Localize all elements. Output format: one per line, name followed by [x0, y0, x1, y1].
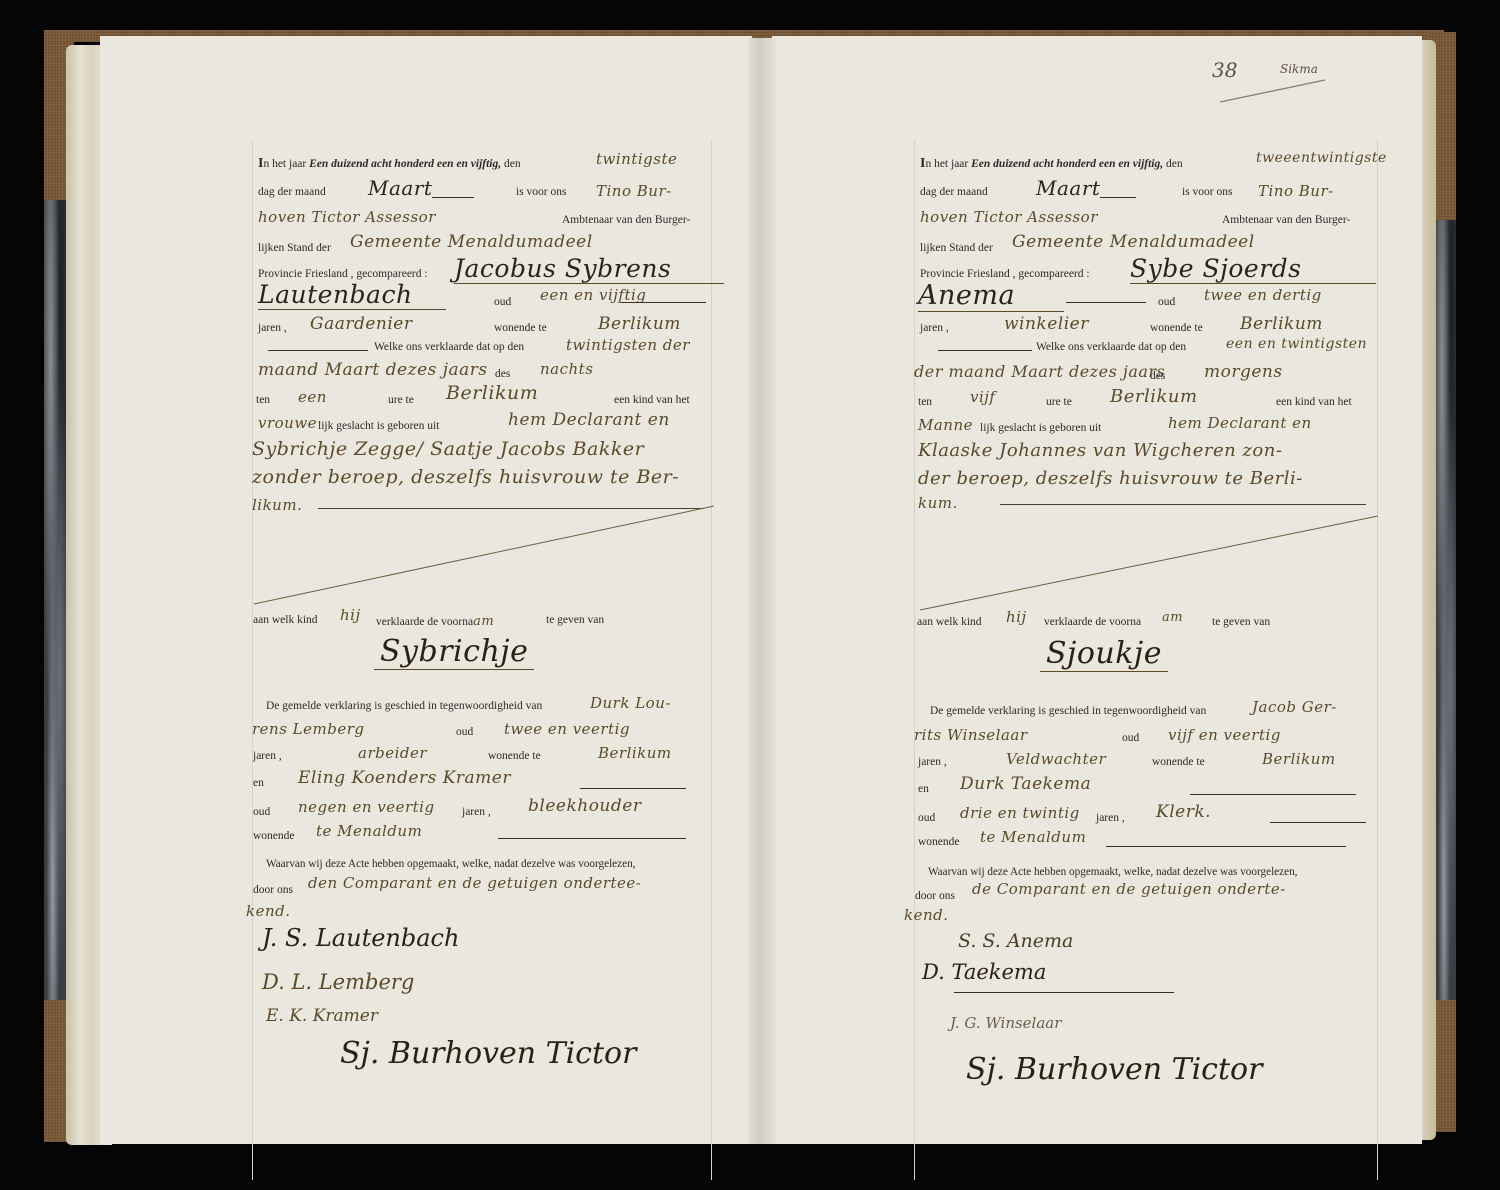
printed-text: des: [1150, 370, 1165, 382]
handwritten-witness1-age: vijf en veertig: [1168, 726, 1281, 744]
blank-line: [1066, 302, 1146, 303]
printed-text: lijken Stand der: [258, 242, 331, 254]
printed-text: een kind van het: [614, 394, 690, 406]
handwritten-day: tweeentwintigste: [1256, 150, 1387, 166]
handwritten-suffix: am: [1162, 610, 1183, 625]
marble-board-right: [1436, 220, 1456, 1000]
handwritten-witness2-residence: te Menaldum: [316, 822, 422, 840]
printed-text: jaren ,: [1096, 812, 1125, 824]
printed-text: wonende: [253, 830, 295, 842]
printed-year: Een duizend acht honderd een en vijftig,: [309, 158, 501, 170]
cancel-diagonal: [250, 498, 720, 608]
signature-witness2: E. K. Kramer: [266, 1006, 378, 1026]
handwritten-occupation: Gaardenier: [310, 314, 413, 334]
signature-official: Sj. Burhoven Tictor: [966, 1052, 1262, 1087]
printed-text: ure te: [388, 394, 414, 406]
handwritten-age: twee en dertig: [1204, 286, 1322, 304]
handwritten-municipality: Gemeente Menaldumadeel: [350, 232, 593, 252]
printed-text: lijken Stand der: [920, 242, 993, 254]
handwritten-sex: vrouwe: [258, 414, 317, 432]
handwritten-official-cont: hoven Tictor Assessor: [920, 208, 1098, 226]
printed-text: ure te: [1046, 396, 1072, 408]
blank-line: [268, 350, 368, 351]
printed-text: door ons: [915, 890, 955, 902]
printed-text: en: [918, 783, 929, 795]
printed-text: jaren ,: [920, 322, 949, 334]
handwritten-parent: hem Declarant en: [508, 410, 670, 430]
handwritten-birth-place: Berlikum: [446, 382, 538, 404]
printed-text: oud: [253, 806, 270, 818]
printed-text: en: [253, 777, 264, 789]
handwritten-parent: hem Declarant en: [1168, 414, 1312, 432]
handwritten-sex: Manne: [918, 416, 973, 434]
printed-text: lijk geslacht is geboren uit: [318, 420, 439, 432]
printed-text: den: [504, 158, 521, 170]
handwritten-declarant-given: Jacobus Sybrens: [454, 254, 724, 284]
printed-text: wonende te: [488, 750, 541, 762]
handwritten-signed-by-cont: kend.: [904, 906, 949, 924]
printed-year: Een duizend acht honderd een en vijftig,: [971, 158, 1163, 170]
handwritten-official: Tino Bur-: [1258, 182, 1334, 200]
book-gutter: [748, 38, 776, 1144]
handwritten-witness2-residence: te Menaldum: [980, 828, 1086, 846]
handwritten-hour: een: [298, 388, 327, 406]
handwritten-witness1-residence: Berlikum: [1262, 750, 1336, 768]
printed-text: wonende te: [494, 322, 547, 334]
signature-witness1: D. L. Lemberg: [262, 970, 414, 994]
handwritten-birth-month: der maand Maart dezes jaars: [914, 362, 1165, 381]
handwritten-witness2-name: Eling Koenders Kramer: [298, 768, 511, 788]
printed-text: jaren ,: [918, 756, 947, 768]
blank-line: [620, 302, 706, 303]
printed-text: aan welk kind: [917, 616, 982, 628]
printed-text: een kind van het: [1276, 396, 1352, 408]
printed-text: verklaarde de voorna: [376, 616, 473, 628]
printed-text: Waarvan wij deze Acte hebben opgemaakt, …: [266, 858, 635, 870]
printed-text: Provincie Friesland , gecompareerd :: [258, 268, 428, 280]
printed-text: is voor ons: [1182, 186, 1232, 198]
printed-text: oud: [494, 296, 511, 308]
handwritten-time-of-day: nachts: [540, 360, 593, 378]
folio-stroke: [1220, 78, 1340, 108]
handwritten-suffix: am: [473, 614, 494, 629]
blank-line: [432, 197, 474, 198]
printed-text: n het jaar: [263, 158, 306, 170]
printed-text: lijk geslacht is geboren uit: [980, 422, 1101, 434]
handwritten-municipality: Gemeente Menaldumadeel: [1012, 232, 1255, 252]
printed-text: wonende te: [1150, 322, 1203, 334]
child-name: Sybrichje: [374, 634, 534, 670]
handwritten-residence: Berlikum: [598, 314, 681, 334]
printed-text: jaren ,: [462, 806, 491, 818]
printed-text: door ons: [253, 884, 293, 896]
handwritten-signed-by: den Comparant en de getuigen ondertee-: [308, 874, 641, 892]
signature-witness2: D. Taekema: [922, 960, 1046, 984]
printed-text: den: [1166, 158, 1183, 170]
signature-witness1: J. G. Winselaar: [950, 1014, 1061, 1032]
printed-text: wonende te: [1152, 756, 1205, 768]
printed-text: Welke ons verklaarde dat op den: [1036, 341, 1186, 353]
handwritten-witness2-age: negen en veertig: [298, 798, 435, 816]
handwritten-month: Maart: [368, 176, 432, 200]
handwritten-pronoun: hij: [1006, 608, 1027, 626]
handwritten-birth-month: maand Maart dezes jaars: [258, 360, 488, 380]
signature-official: Sj. Burhoven Tictor: [340, 1036, 636, 1071]
blank-line: [938, 350, 1032, 351]
handwritten-mother: Sybrichje Zegge/ Saatje Jacobs Bakker: [252, 438, 644, 460]
handwritten-witness1-occupation: Veldwachter: [1006, 750, 1106, 768]
printed-text: oud: [1122, 732, 1139, 744]
handwritten-residence: Berlikum: [1240, 314, 1323, 334]
printed-text: jaren ,: [258, 322, 287, 334]
handwritten-witness1-name: rens Lemberg: [252, 720, 365, 738]
blank-line: [498, 838, 686, 839]
printed-text: is voor ons: [516, 186, 566, 198]
printed-text: oud: [918, 812, 935, 824]
handwritten-mother-cont: zonder beroep, deszelfs huisvrouw te Ber…: [252, 466, 679, 488]
marble-board-left: [44, 200, 66, 1000]
cancel-diagonal: [914, 504, 1384, 614]
handwritten-witness2-occupation: bleekhouder: [528, 796, 641, 816]
signature-declarant: S. S. Anema: [958, 930, 1073, 952]
printed-text: Ambtenaar van den Burger-: [1222, 214, 1350, 226]
handwritten-day: twintigste: [596, 150, 677, 168]
printed-text: oud: [1158, 296, 1175, 308]
printed-text: te geven van: [1212, 616, 1270, 628]
handwritten-witness1-name: rits Winselaar: [914, 726, 1028, 744]
printed-text: De gemelde verklaring is geschied in teg…: [266, 700, 542, 712]
blank-line: [580, 788, 686, 789]
handwritten-time-of-day: morgens: [1204, 362, 1283, 382]
printed-text: Waarvan wij deze Acte hebben opgemaakt, …: [928, 866, 1297, 878]
handwritten-birth-date: een en twintigsten: [1226, 336, 1367, 352]
handwritten-witness2-name: Durk Taekema: [960, 774, 1091, 794]
blank-line: [1100, 197, 1136, 198]
folio-annotation: Sikma: [1280, 62, 1318, 76]
printed-text: n het jaar: [925, 158, 968, 170]
handwritten-pronoun: hij: [340, 606, 361, 624]
blank-line: [1190, 794, 1356, 795]
handwritten-signed-by-cont: kend.: [246, 902, 291, 920]
child-name: Sjoukje: [1040, 636, 1168, 672]
handwritten-mother: Klaaske Johannes van Wigcheren zon-: [918, 440, 1282, 461]
handwritten-declarant-surname: Lautenbach: [258, 280, 446, 310]
printed-text: verklaarde de voorna: [1044, 616, 1141, 628]
handwritten-witness2-age: drie en twintig: [960, 804, 1080, 822]
handwritten-declarant-surname: Anema: [918, 280, 1064, 312]
printed-text: ten: [918, 396, 932, 408]
handwritten-occupation: winkelier: [1004, 314, 1089, 334]
signature-declarant: J. S. Lautenbach: [262, 924, 459, 952]
handwritten-month: Maart: [1036, 176, 1100, 200]
handwritten-birth-date: twintigsten der: [566, 336, 690, 354]
printed-text: dag der maand: [258, 186, 326, 198]
handwritten-official: Tino Bur-: [596, 182, 672, 200]
printed-text: Ambtenaar van den Burger-: [562, 214, 690, 226]
handwritten-witness1: Durk Lou-: [590, 694, 671, 712]
printed-text: des: [495, 368, 510, 380]
printed-text: wonende: [918, 836, 960, 848]
printed-text: jaren ,: [253, 750, 282, 762]
handwritten-declarant-given: Sybe Sjoerds: [1130, 254, 1376, 284]
handwritten-witness1-occupation: arbeider: [358, 744, 427, 762]
printed-text: Welke ons verklaarde dat op den: [374, 341, 524, 353]
printed-text: dag der maand: [920, 186, 988, 198]
printed-text: ten: [256, 394, 270, 406]
printed-text: oud: [456, 726, 473, 738]
printed-text: Provincie Friesland , gecompareerd :: [920, 268, 1090, 280]
handwritten-official-cont: hoven Tictor Assessor: [258, 208, 436, 226]
handwritten-birth-place: Berlikum: [1110, 386, 1198, 407]
printed-text: te geven van: [546, 614, 604, 626]
printed-text: De gemelde verklaring is geschied in teg…: [930, 705, 1206, 717]
handwritten-witness2-occupation: Klerk.: [1156, 802, 1211, 822]
handwritten-witness1-age: twee en veertig: [504, 720, 630, 738]
blank-line: [1270, 822, 1366, 823]
printed-text: aan welk kind: [253, 614, 318, 626]
handwritten-witness1: Jacob Ger-: [1252, 698, 1337, 716]
handwritten-signed-by: de Comparant en de getuigen onderte-: [972, 880, 1286, 898]
handwritten-mother-cont: der beroep, deszelfs huisvrouw te Berli-: [918, 468, 1303, 489]
handwritten-witness1-residence: Berlikum: [598, 744, 672, 762]
handwritten-hour: vijf: [970, 388, 995, 406]
signature-underline: [954, 992, 1174, 993]
blank-line: [1106, 846, 1346, 847]
